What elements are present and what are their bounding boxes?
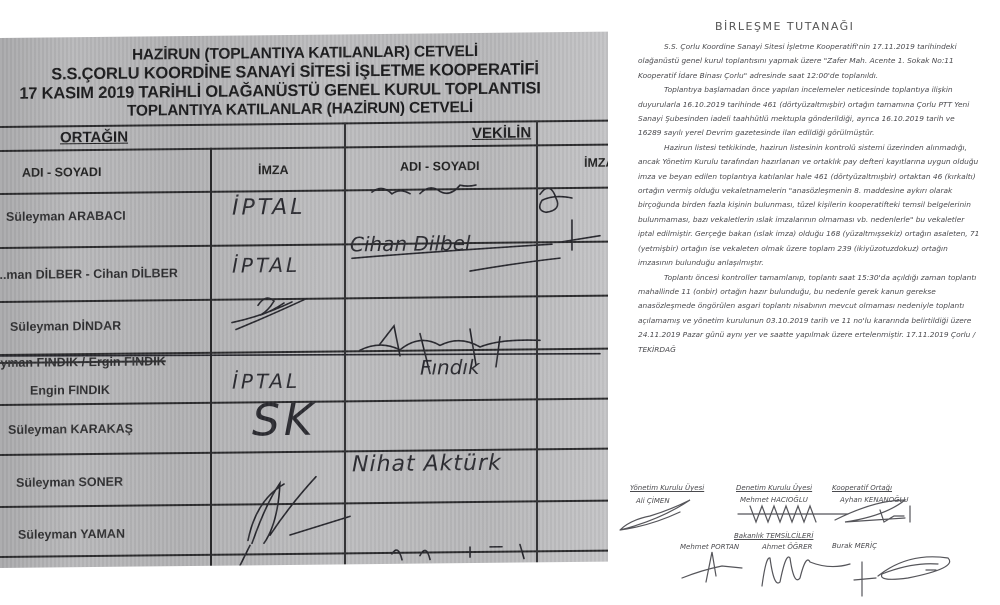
signature-scribbles: [0, 32, 608, 568]
minutes-paragraph: Toplantıya başlamadan önce yapılan incel…: [638, 83, 980, 141]
minutes-paragraph: S.S. Çorlu Koordine Sanayi Sitesi İşletm…: [638, 40, 980, 83]
attendance-sheet: HAZİRUN (TOPLANTIYA KATILANLAR) CETVELİ …: [0, 32, 608, 568]
minutes-signatures: [610, 470, 1000, 605]
minutes-document: BİRLEŞME TUTANAĞI S.S. Çorlu Koordine Sa…: [610, 0, 1000, 605]
minutes-body: S.S. Çorlu Koordine Sanayi Sitesi İşletm…: [638, 40, 980, 357]
minutes-title: BİRLEŞME TUTANAĞI: [715, 20, 854, 33]
minutes-paragraph: Hazirun listesi tetkikinde, hazirun list…: [638, 141, 980, 271]
minutes-paragraph: Toplantı öncesi kontroller tamamlanıp, t…: [638, 271, 980, 357]
